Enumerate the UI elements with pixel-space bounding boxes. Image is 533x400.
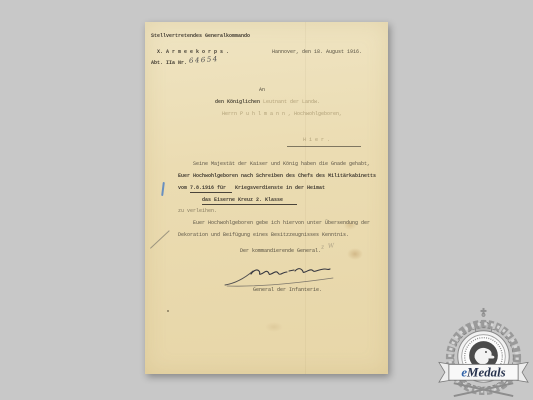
body-line-7: Dekoration und Beifügung eines Besitzzeu…: [178, 232, 349, 238]
ink-speck: [167, 310, 169, 312]
brand-banner: eMedals: [439, 362, 528, 382]
body-line-3-underlined-date: 7.8.1916 für: [190, 185, 232, 193]
document-page: Stellvertretendes Generalkommando X. A r…: [145, 22, 388, 374]
closing-formula: Der kommandierende General.: [240, 248, 321, 254]
recipient-title-faded: Leutnant der Landw.: [260, 99, 320, 105]
body-line-3: vom 7.8.1916 für Kriegsverdienste in der…: [178, 185, 325, 191]
body-line-1: Seine Majestät der Kaiser und König habe…: [193, 161, 370, 167]
place-underline: [287, 146, 361, 147]
place-line: H i e r .: [303, 137, 330, 143]
brand-medals: Medals: [466, 366, 506, 380]
body-line-3-post: Kriegsverdienste in der Heimat: [232, 185, 325, 191]
pencil-check-stroke: [150, 230, 170, 248]
handwritten-file-number: 64654: [189, 55, 219, 65]
file-reference-label: Abt. IIa Nr.: [151, 60, 187, 66]
recipient-name-line: Herrn P u h l m a n n , Hochwohlgeboren,: [222, 111, 342, 117]
brand-wordmark: eMedals: [461, 366, 505, 380]
paper-stain: [265, 322, 283, 332]
pencil-initials: z W: [321, 242, 336, 251]
award-name-underlined: das Eiserne Kreuz 2. Klasse: [202, 197, 297, 205]
body-line-6: Euer Hochwohlgeboren gebe ich hiervon un…: [193, 220, 370, 226]
photo-background: Stellvertretendes Generalkommando X. A r…: [0, 0, 533, 400]
paper-crease: [305, 22, 306, 374]
body-line-2: Euer Hochwohlgeboren nach Schreiben des …: [178, 173, 376, 179]
body-line-5: zu verleihen.: [178, 208, 217, 214]
letterhead-office: Stellvertretendes Generalkommando: [151, 33, 250, 39]
dateline: Hannover, den 18. August 1916.: [272, 49, 362, 55]
salutation-an: An: [259, 87, 265, 93]
ink-signature: [223, 258, 338, 288]
paper-stain: [347, 248, 363, 260]
body-line-4: das Eiserne Kreuz 2. Klasse: [202, 197, 297, 203]
signer-rank: General der Infanterie.: [253, 287, 322, 293]
body-line-3-pre: vom: [178, 185, 190, 191]
recipient-title-dark: den Königlichen: [215, 99, 260, 105]
recipient-title-line: den Königlichen Leutnant der Landw.: [215, 99, 320, 105]
blue-registrar-mark: [161, 182, 165, 196]
emedals-watermark: eMedals: [436, 305, 531, 400]
